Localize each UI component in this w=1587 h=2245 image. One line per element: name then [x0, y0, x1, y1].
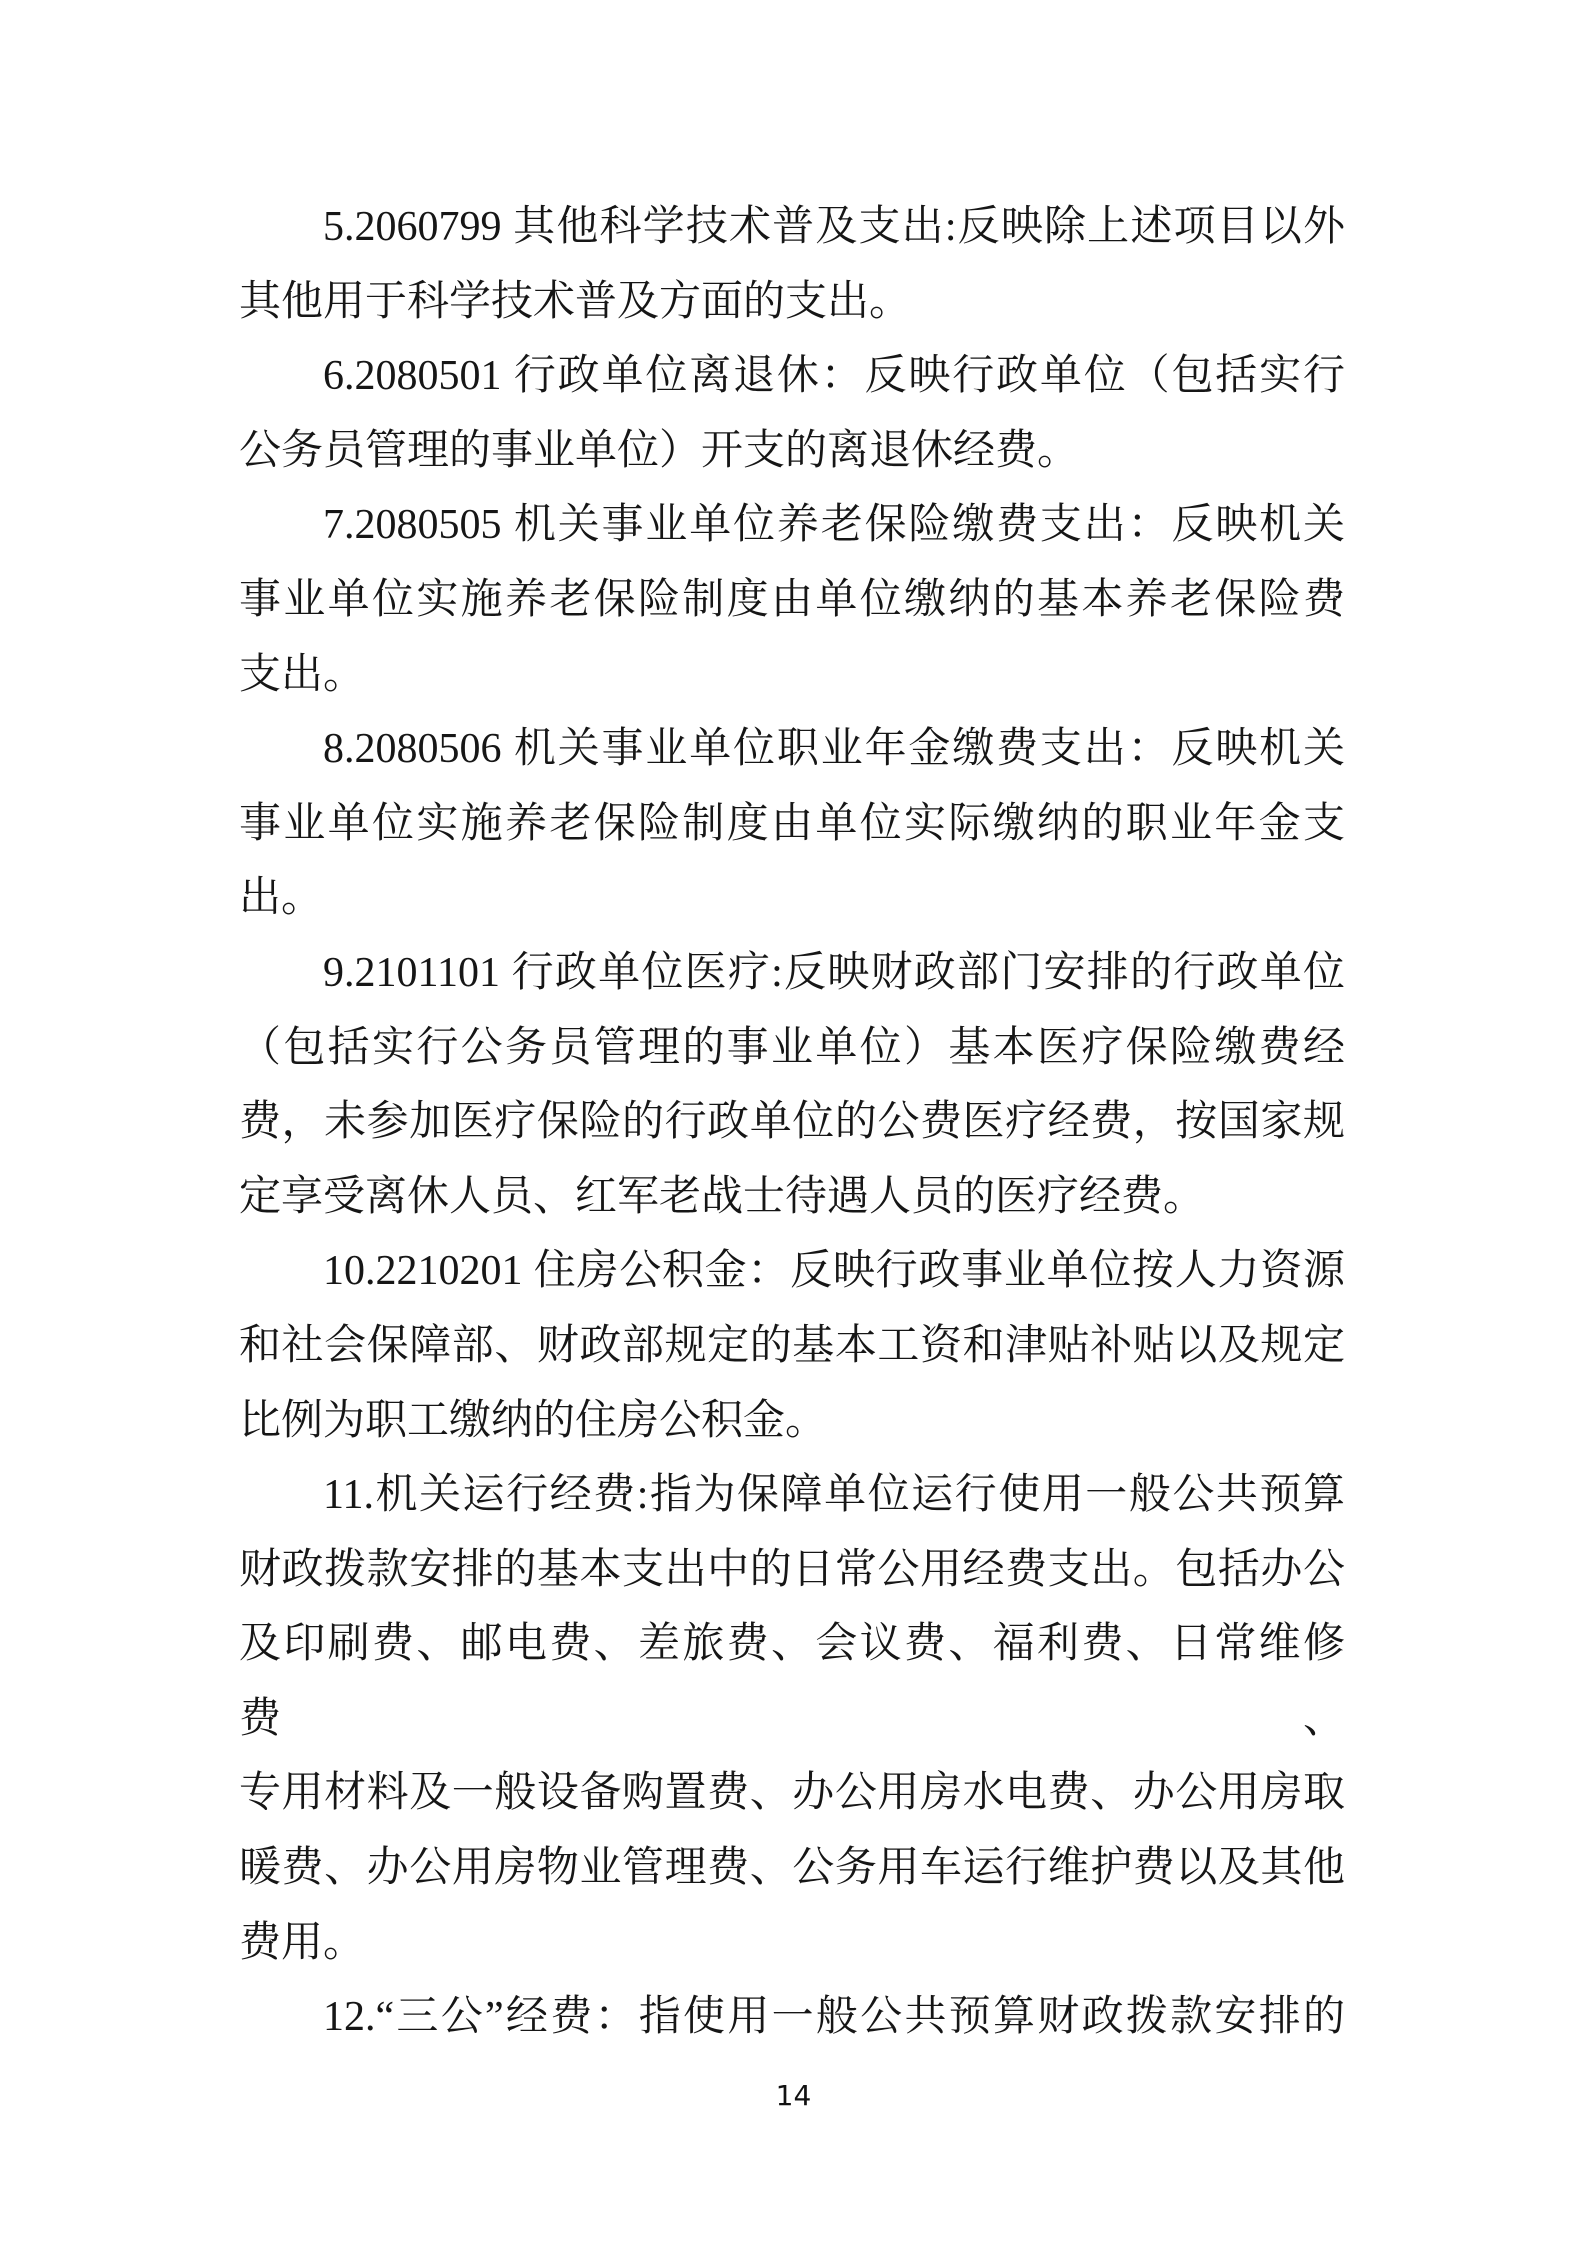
paragraph-item-10: 10.2210201 住房公积金：反映行政事业单位按人力资源 和社会保障部、财政… [239, 1234, 1345, 1458]
text-line: 定享受离休人员、红军老战士待遇人员的医疗经费。 [239, 1160, 1345, 1235]
text-line: 费用。 [239, 1906, 1345, 1981]
text-line: 事业单位实施养老保险制度由单位实际缴纳的职业年金支 [239, 787, 1345, 862]
paragraph-item-6: 6.2080501 行政单位离退休：反映行政单位（包括实行 公务员管理的事业单位… [239, 339, 1345, 488]
text-line: 费，未参加医疗保险的行政单位的公费医疗经费，按国家规 [239, 1085, 1345, 1160]
text-line: 支出。 [239, 638, 1345, 713]
body-text: 5.2060799 其他科学技术普及支出:反映除上述项目以外 其他用于科学技术普… [239, 190, 1345, 2055]
paragraph-item-8: 8.2080506 机关事业单位职业年金缴费支出：反映机关 事业单位实施养老保险… [239, 712, 1345, 936]
paragraph-item-12: 12.“三公”经费：指使用一般公共预算财政拨款安排的 [239, 1980, 1345, 2055]
text-line: 财政拨款安排的基本支出中的日常公用经费支出。包括办公 [239, 1533, 1345, 1608]
text-line: 暖费、办公用房物业管理费、公务用车运行维护费以及其他 [239, 1831, 1345, 1906]
text-line: 5.2060799 其他科学技术普及支出:反映除上述项目以外 [239, 190, 1345, 265]
text-line: 10.2210201 住房公积金：反映行政事业单位按人力资源 [239, 1234, 1345, 1309]
text-line: 及印刷费、邮电费、差旅费、会议费、福利费、日常维修费、 [239, 1607, 1345, 1756]
text-line: 6.2080501 行政单位离退休：反映行政单位（包括实行 [239, 339, 1345, 414]
text-line: 12.“三公”经费：指使用一般公共预算财政拨款安排的 [239, 1980, 1345, 2055]
text-line: 其他用于科学技术普及方面的支出。 [239, 265, 1345, 340]
text-line: 8.2080506 机关事业单位职业年金缴费支出：反映机关 [239, 712, 1345, 787]
text-line: 7.2080505 机关事业单位养老保险缴费支出：反映机关 [239, 488, 1345, 563]
text-line: 事业单位实施养老保险制度由单位缴纳的基本养老保险费 [239, 563, 1345, 638]
paragraph-item-9: 9.2101101 行政单位医疗:反映财政部门安排的行政单位 （包括实行公务员管… [239, 936, 1345, 1234]
document-page: 5.2060799 其他科学技术普及支出:反映除上述项目以外 其他用于科学技术普… [0, 0, 1587, 2245]
text-line: 公务员管理的事业单位）开支的离退休经费。 [239, 414, 1345, 489]
text-line: 比例为职工缴纳的住房公积金。 [239, 1384, 1345, 1459]
text-line: 9.2101101 行政单位医疗:反映财政部门安排的行政单位 [239, 936, 1345, 1011]
text-line: 和社会保障部、财政部规定的基本工资和津贴补贴以及规定 [239, 1309, 1345, 1384]
text-line: 出。 [239, 861, 1345, 936]
text-line: 专用材料及一般设备购置费、办公用房水电费、办公用房取 [239, 1756, 1345, 1831]
text-line: 11.机关运行经费:指为保障单位运行使用一般公共预算 [239, 1458, 1345, 1533]
paragraph-item-5: 5.2060799 其他科学技术普及支出:反映除上述项目以外 其他用于科学技术普… [239, 190, 1345, 339]
text-line: （包括实行公务员管理的事业单位）基本医疗保险缴费经 [239, 1011, 1345, 1086]
paragraph-item-7: 7.2080505 机关事业单位养老保险缴费支出：反映机关 事业单位实施养老保险… [239, 488, 1345, 712]
paragraph-item-11: 11.机关运行经费:指为保障单位运行使用一般公共预算 财政拨款安排的基本支出中的… [239, 1458, 1345, 1980]
page-number: 14 [0, 2080, 1587, 2112]
